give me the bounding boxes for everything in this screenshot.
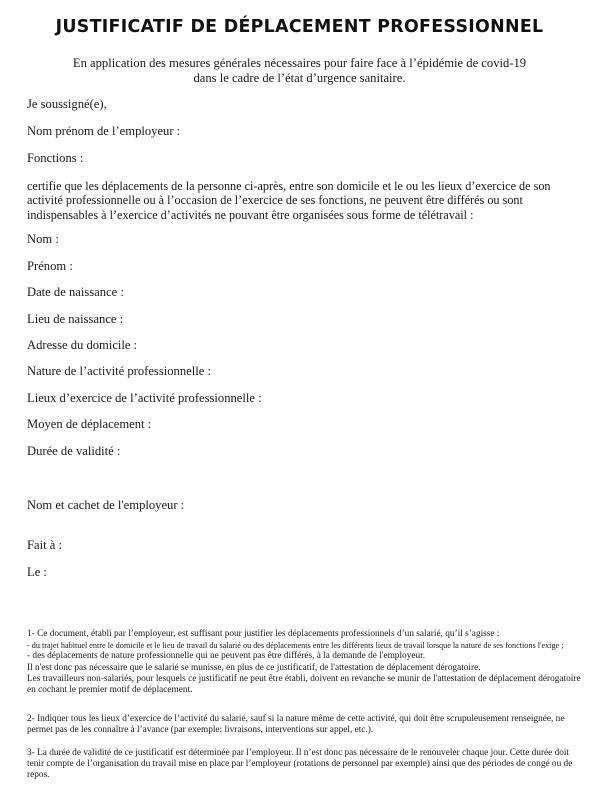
employer-stamp-label: Nom et cachet de l'employeur : bbox=[27, 498, 184, 513]
place-label: Fait à : bbox=[27, 538, 62, 553]
footnote-1-item-1: - du trajet habituel entre le domicile e… bbox=[27, 640, 582, 651]
footnote-1-line-4: Les travailleurs non-salariés, pour lesq… bbox=[27, 674, 582, 696]
field-duree-validite: Durée de validité : bbox=[27, 444, 120, 459]
date-label: Le : bbox=[27, 565, 47, 580]
footnote-1-line-3: Il n'est donc pas nécessaire que le sala… bbox=[27, 663, 582, 674]
intro-text: Je soussigné(e), bbox=[27, 97, 107, 112]
document-title: JUSTIFICATIF DE DÉPLACEMENT PROFESSIONNE… bbox=[0, 17, 599, 37]
functions-label: Fonctions : bbox=[27, 151, 83, 166]
field-adresse-domicile: Adresse du domicile : bbox=[27, 338, 137, 353]
employer-name-label: Nom prénom de l’employeur : bbox=[27, 124, 180, 139]
field-date-naissance: Date de naissance : bbox=[27, 285, 124, 300]
footnote-2: 2- Indiquer tous les lieux d’exercice de… bbox=[27, 714, 582, 736]
certify-paragraph: certifie que les déplacements de la pers… bbox=[27, 179, 587, 222]
field-prenom: Prénom : bbox=[27, 259, 73, 274]
footnote-3: 3- La durée de validité de ce justificat… bbox=[27, 748, 582, 782]
footnote-1: 1- Ce document, établi par l’employeur, … bbox=[27, 629, 582, 696]
field-lieu-naissance: Lieu de naissance : bbox=[27, 312, 123, 327]
field-moyen-deplacement: Moyen de déplacement : bbox=[27, 417, 151, 432]
subtitle-line-1: En application des mesures générales néc… bbox=[0, 56, 599, 71]
footnote-1-intro: 1- Ce document, établi par l’employeur, … bbox=[27, 629, 582, 640]
subtitle-line-2: dans le cadre de l’état d’urgence sanita… bbox=[0, 71, 599, 86]
document-subtitle: En application des mesures générales néc… bbox=[0, 56, 599, 85]
footnote-1-item-2: - des déplacements de nature professionn… bbox=[27, 651, 582, 662]
field-lieux-exercice: Lieux d’exercice de l’activité professio… bbox=[27, 391, 262, 406]
field-nom: Nom : bbox=[27, 232, 59, 247]
field-nature-activite: Nature de l’activité professionnelle : bbox=[27, 364, 211, 379]
